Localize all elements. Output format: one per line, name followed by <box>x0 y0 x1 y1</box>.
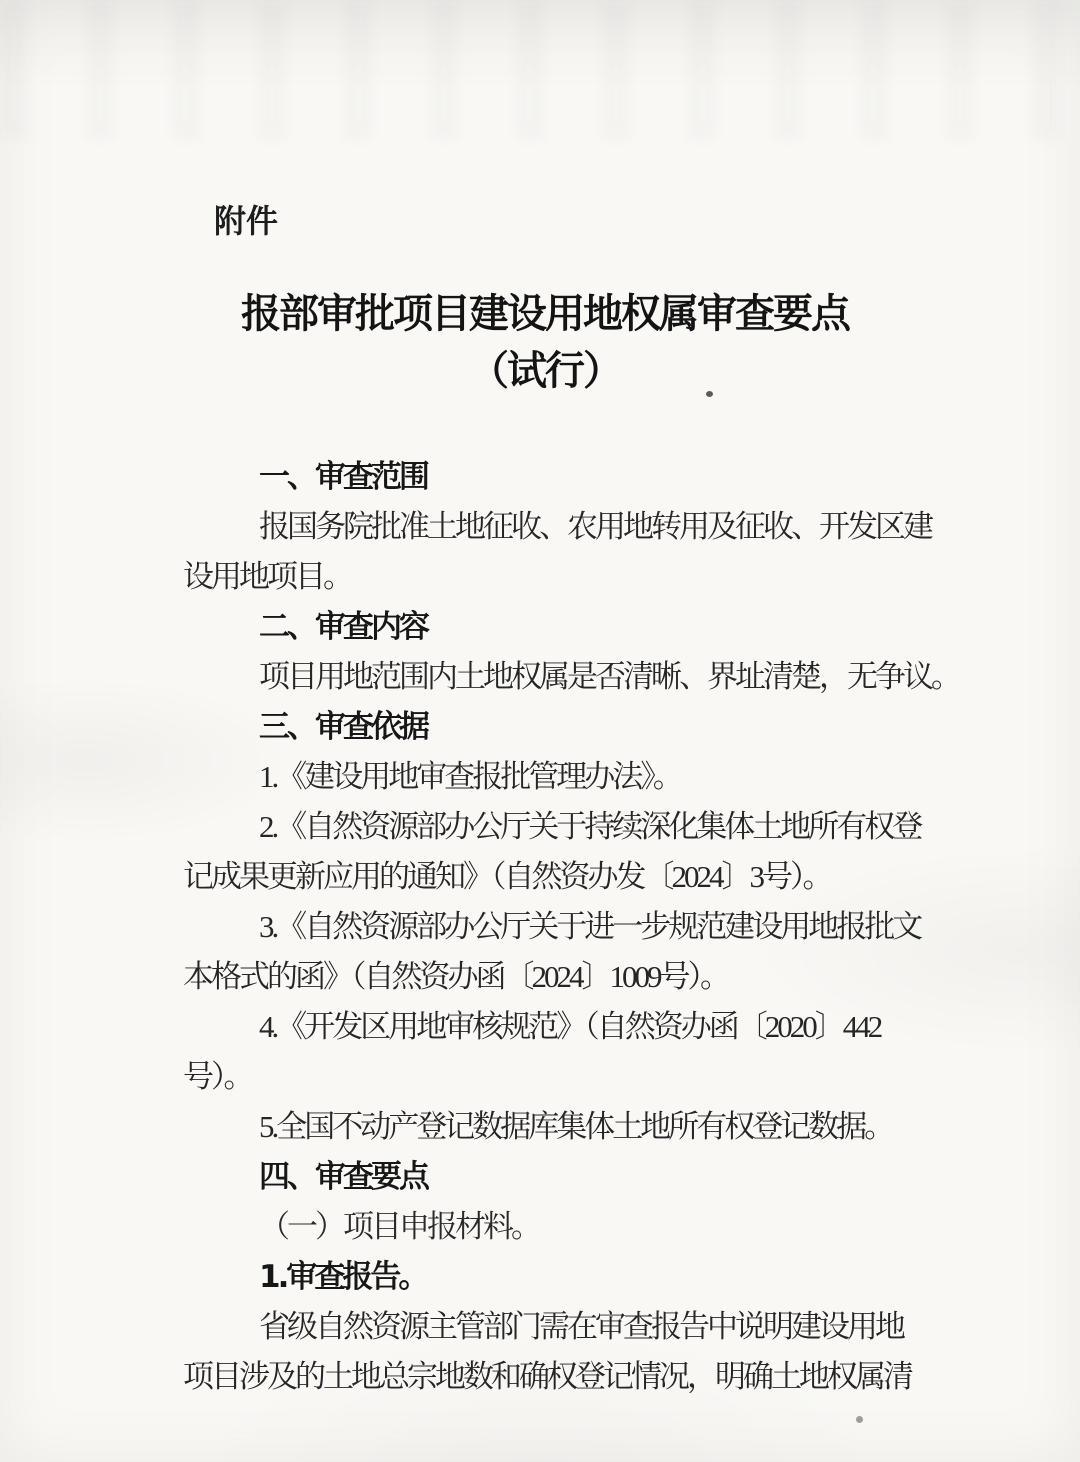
text-line: 项目涉及的土地总宗地数和确权登记情况，明确土地权属清 <box>183 1352 907 1402</box>
text-line: 1.《建设用地审查报批管理办法》。 <box>183 752 907 802</box>
text-line: （一）项目申报材料。 <box>183 1202 907 1252</box>
scan-artifact-dot <box>856 1416 863 1423</box>
scan-noise-streaks <box>0 0 1080 140</box>
text-line: 3.《自然资源部办公厅关于进一步规范建设用地报批文 <box>183 902 907 952</box>
section-heading-line: 二、审查内容 <box>183 602 907 652</box>
text-line: 项目用地范围内土地权属是否清晰、界址清楚，无争议。 <box>183 652 907 702</box>
text-line: 报国务院批准土地征收、农用地转用及征收、开发区建 <box>183 502 907 552</box>
document-title-line1: 报部审批项目建设用地权属审查要点 <box>183 286 907 343</box>
text-line: 5.全国不动产登记数据库集体土地所有权登记数据。 <box>183 1102 907 1152</box>
section-heading-line: 一、审查范围 <box>183 452 907 502</box>
document-title-line2: （试行） <box>183 343 907 400</box>
document-body: 一、审查范围报国务院批准土地征收、农用地转用及征收、开发区建设用地项目。二、审查… <box>183 452 907 1402</box>
document-title: 报部审批项目建设用地权属审查要点 （试行） <box>183 286 907 400</box>
section-heading-line: 四、审查要点 <box>183 1152 907 1202</box>
document-content: 附件 报部审批项目建设用地权属审查要点 （试行） 一、审查范围报国务院批准土地征… <box>183 196 907 1402</box>
text-line: 号）。 <box>183 1052 907 1102</box>
text-line: 本格式的函》（自然资办函〔2024〕1009号）。 <box>183 952 907 1002</box>
text-line: 4.《开发区用地审核规范》（自然资办函〔2020〕442 <box>183 1002 907 1052</box>
section-heading-line: 1.审查报告。 <box>183 1252 907 1302</box>
text-line: 省级自然资源主管部门需在审查报告中说明建设用地 <box>183 1302 907 1352</box>
scan-artifact-dot <box>706 391 713 397</box>
text-line: 记成果更新应用的通知》（自然资办发〔2024〕3号）。 <box>183 852 907 902</box>
text-line: 设用地项目。 <box>183 552 907 602</box>
text-line: 2.《自然资源部办公厅关于持续深化集体土地所有权登 <box>183 802 907 852</box>
attachment-label: 附件 <box>214 196 907 246</box>
scanned-document-page: 附件 报部审批项目建设用地权属审查要点 （试行） 一、审查范围报国务院批准土地征… <box>0 0 1080 1462</box>
section-heading-line: 三、审查依据 <box>183 702 907 752</box>
